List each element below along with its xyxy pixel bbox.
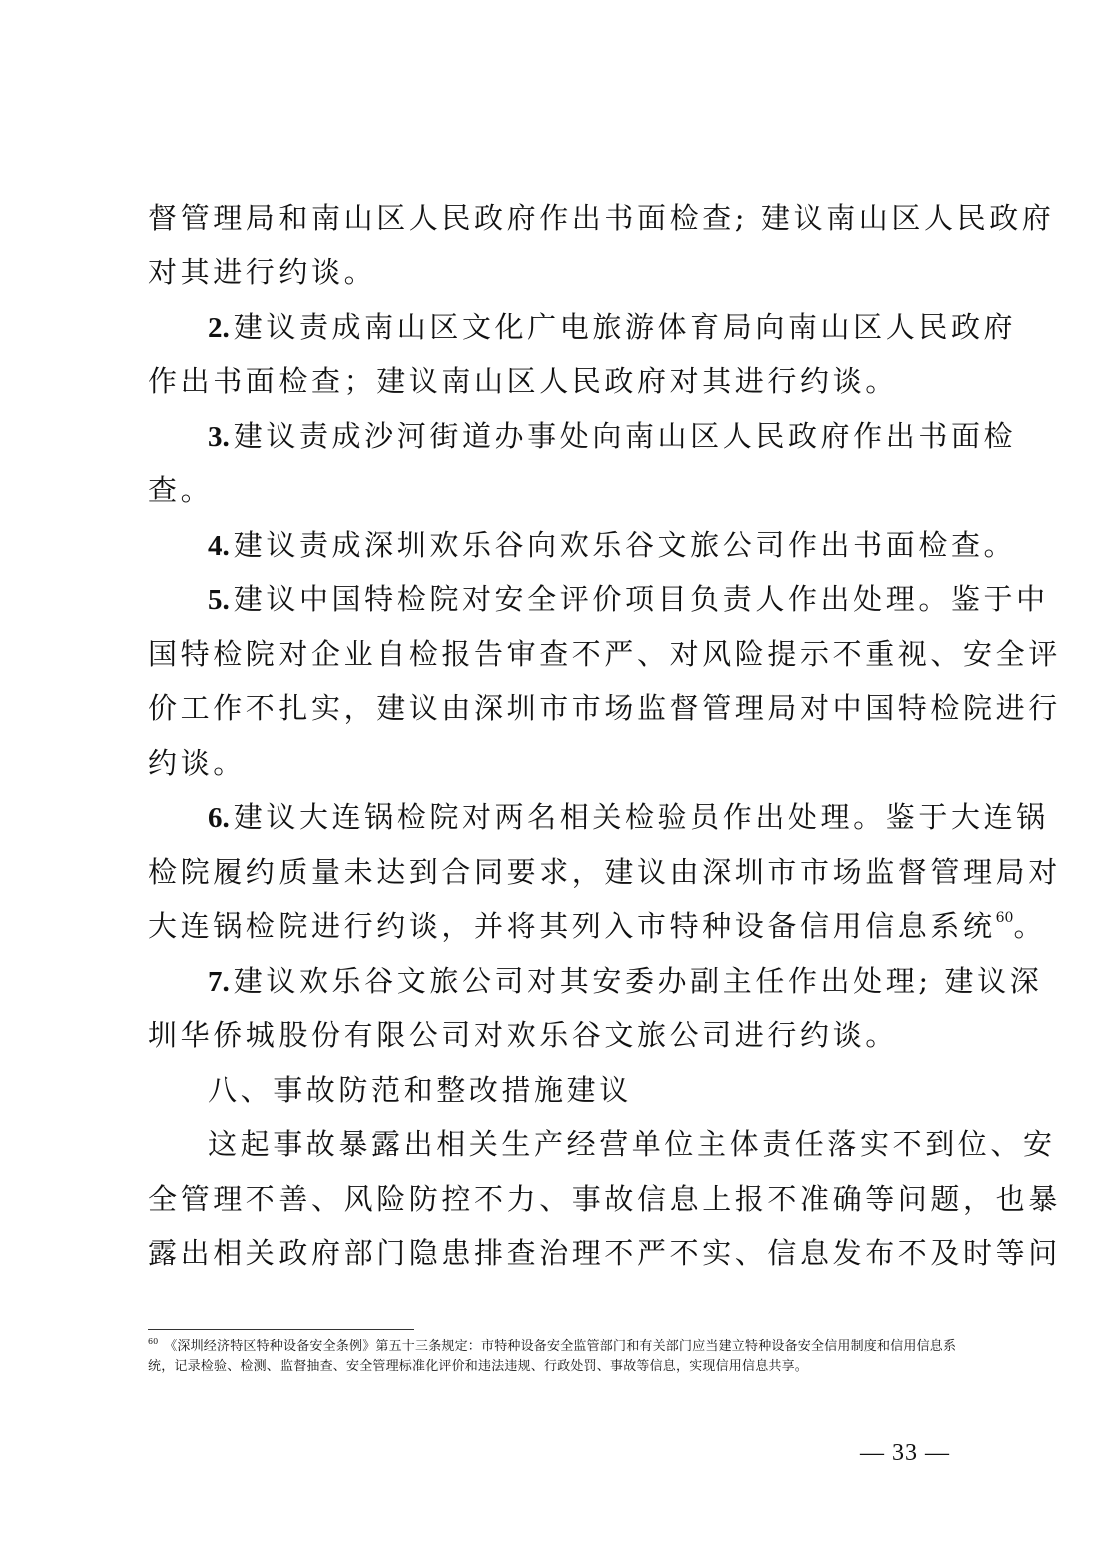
item-number: 6. [208,802,230,834]
line-text: 对其进行约谈。 [148,255,376,289]
text-line: 作出书面检查；建议南山区人民政府对其进行约谈。 [148,361,966,401]
line-text: 查。 [148,473,213,507]
line-text: 督管理局和南山区人民政府作出书面检查; 建议南山区人民政府 [148,201,1054,235]
item-number: 5. [208,584,230,616]
section-heading: 八、事故防范和整改措施建议 [208,1070,966,1110]
text-line: 7.建议欢乐谷文旅公司对其安委办副主任作出处理; 建议深 [208,961,966,1001]
line-text: 建议大连锅检院对两名相关检验员作出处理。鉴于大连锅 [234,800,1049,834]
line-text: 约谈。 [148,746,246,780]
text-line: 约谈。 [148,743,966,783]
text-line: 5.建议中国特检院对安全评价项目负责人作出处理。鉴于中 [208,579,966,619]
line-text: 建议责成南山区文化广电旅游体育局向南山区人民政府 [234,310,1016,344]
footnote-text: 《深圳经济特区特种设备安全条例》第五十三条规定：市特种设备安全监管部门和有关部门… [148,1339,956,1374]
text-line: 对其进行约谈。 [148,252,966,292]
line-text: 检院履约质量未达到合同要求，建议由深圳市市场监督管理局对 [148,855,1061,889]
line-text: 这起事故暴露出相关生产经营单位主体责任落实不到位、安 [208,1127,1056,1161]
item-number: 4. [208,530,230,562]
text-line: 6.建议大连锅检院对两名相关检验员作出处理。鉴于大连锅 [208,797,966,837]
line-text: 全管理不善、风险防控不力、事故信息上报不准确等问题，也暴 [148,1182,1061,1216]
text-line: 督管理局和南山区人民政府作出书面检查; 建议南山区人民政府 [148,198,966,238]
text-line: 检院履约质量未达到合同要求，建议由深圳市市场监督管理局对 [148,852,966,892]
line-text: 建议责成沙河街道办事处向南山区人民政府作出书面检 [234,419,1016,453]
text-line: 2.建议责成南山区文化广电旅游体育局向南山区人民政府 [208,307,966,347]
text-line: 3.建议责成沙河街道办事处向南山区人民政府作出书面检 [208,416,966,456]
line-text: 八、事故防范和整改措施建议 [208,1073,632,1107]
line-text: 建议中国特检院对安全评价项目负责人作出处理。鉴于中 [234,582,1049,616]
page-number: — 33 — [860,1440,950,1467]
text-line: 这起事故暴露出相关生产经营单位主体责任落实不到位、安 [208,1124,966,1164]
footnote-reference[interactable]: 60 [996,910,1014,926]
document-page: 督管理局和南山区人民政府作出书面检查; 建议南山区人民政府对其进行约谈。2.建议… [0,0,1102,1559]
text-line: 圳华侨城股份有限公司对欢乐谷文旅公司进行约谈。 [148,1015,966,1055]
footnote-divider [148,1329,414,1330]
item-number: 7. [208,966,230,998]
footnote-marker: 60 [148,1337,158,1346]
line-text: 建议责成深圳欢乐谷向欢乐谷文旅公司作出书面检查。 [234,528,1016,562]
text-line: 全管理不善、风险防控不力、事故信息上报不准确等问题，也暴 [148,1179,966,1219]
line-text: 建议欢乐谷文旅公司对其安委办副主任作出处理; 建议深 [234,964,1043,998]
text-line: 大连锅检院进行约谈，并将其列入市特种设备信用信息系统60。 [148,906,966,946]
line-text: 作出书面检查；建议南山区人民政府对其进行约谈。 [148,364,898,398]
footnote: 60《深圳经济特区特种设备安全条例》第五十三条规定：市特种设备安全监管部门和有关… [148,1337,968,1377]
line-text: 价工作不扎实，建议由深圳市市场监督管理局对中国特检院进行 [148,691,1061,725]
line-tail: 。 [1013,909,1046,943]
line-text: 圳华侨城股份有限公司对欢乐谷文旅公司进行约谈。 [148,1018,898,1052]
item-number: 2. [208,312,230,344]
line-text: 国特检院对企业自检报告审查不严、对风险提示不重视、安全评 [148,637,1061,671]
line-text: 大连锅检院进行约谈，并将其列入市特种设备信用信息系统 [148,909,996,943]
text-line: 查。 [148,470,966,510]
text-line: 国特检院对企业自检报告审查不严、对风险提示不重视、安全评 [148,634,966,674]
item-number: 3. [208,421,230,453]
text-line: 4.建议责成深圳欢乐谷向欢乐谷文旅公司作出书面检查。 [208,525,966,565]
text-line: 露出相关政府部门隐患排查治理不严不实、信息发布不及时等问 [148,1233,966,1273]
text-line: 价工作不扎实，建议由深圳市市场监督管理局对中国特检院进行 [148,688,966,728]
line-text: 露出相关政府部门隐患排查治理不严不实、信息发布不及时等问 [148,1236,1061,1270]
